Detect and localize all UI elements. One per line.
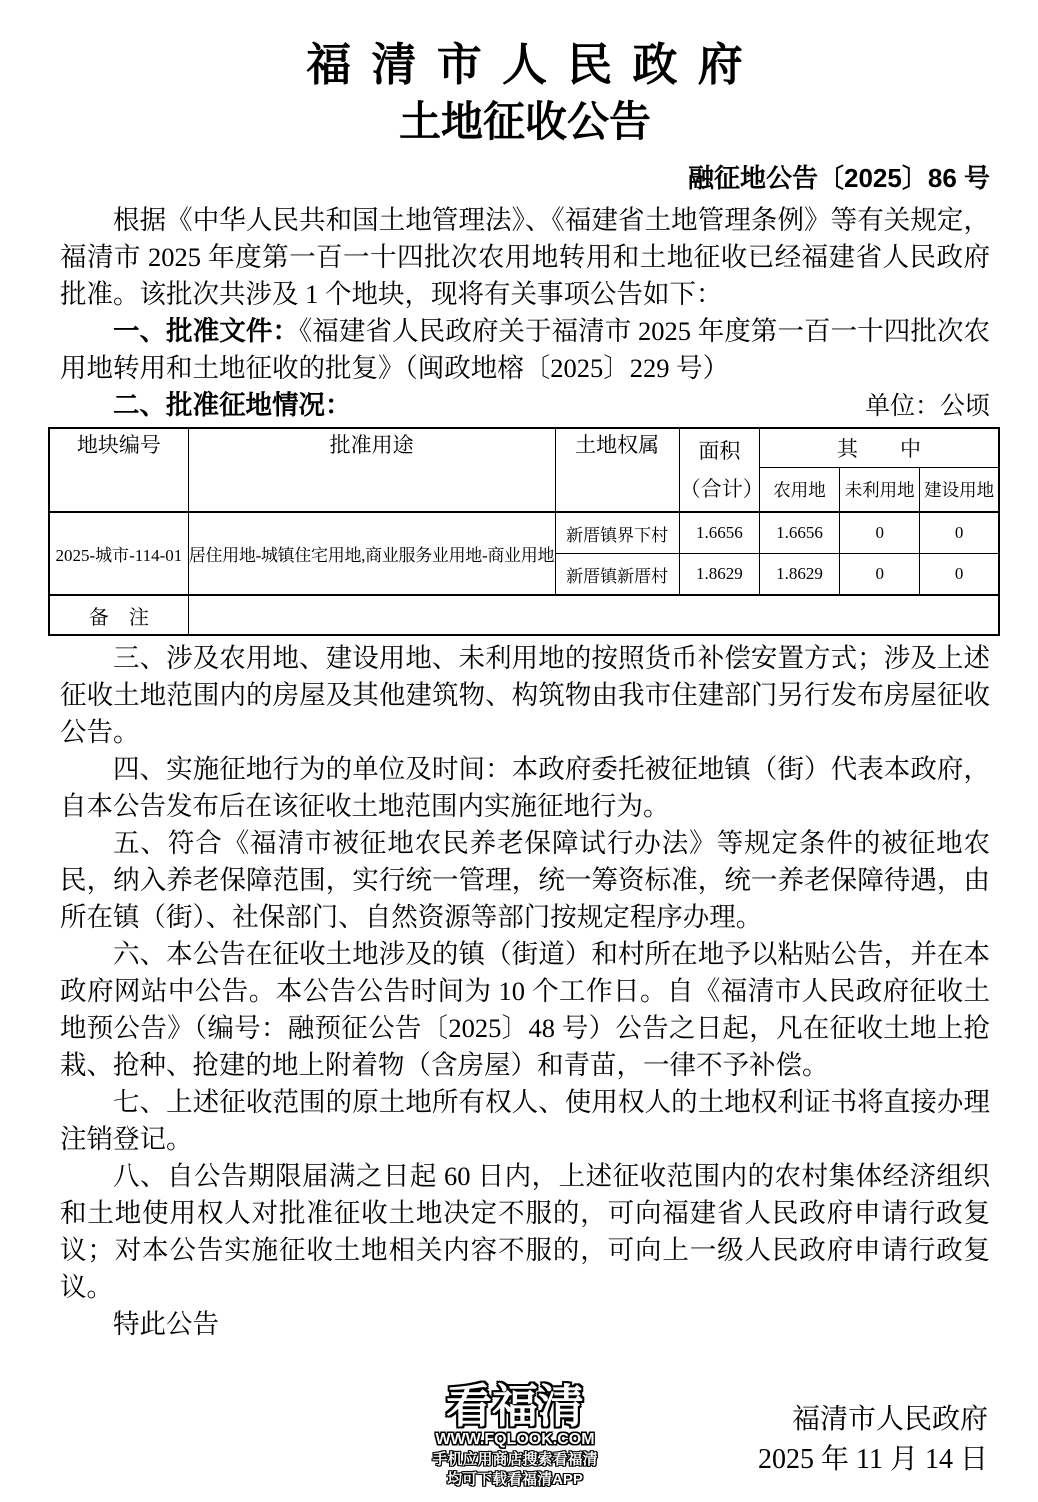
watermark-title: 看福清: [432, 1382, 598, 1430]
gov-title: 福 清 市 人 民 政 府: [60, 34, 990, 96]
remark-row: 备 注: [49, 595, 999, 635]
th-unused-land: 未利用地: [840, 468, 920, 513]
paragraph-3: 三、涉及农用地、建设用地、未利用地的按照货币补偿安置方式；涉及上述征收土地范围内…: [60, 640, 990, 751]
paragraph-6: 六、本公告在征收土地涉及的镇（街道）和村所在地予以粘贴公告，并在本政府网站中公告…: [60, 936, 990, 1084]
remark-label: 备 注: [49, 595, 188, 635]
paragraph-7: 七、上述征收范围的原土地所有权人、使用权人的土地权利证书将直接办理注销登记。: [60, 1084, 990, 1158]
th-among: 其 中: [759, 428, 999, 468]
cell-parcel-id: 2025-城市-114-01: [49, 512, 188, 595]
watermark-url: WWW.FQLOOK.COM: [432, 1431, 598, 1448]
paragraph-5: 五、符合《福清市被征地农民养老保障试行办法》等规定条件的被征地农民，纳入养老保障…: [60, 825, 990, 936]
watermark-subtitle-1: 手机应用商店搜索看福清: [432, 1452, 598, 1468]
th-agricultural-land: 农用地: [759, 468, 839, 513]
unit-label: 单位：公顷: [865, 388, 990, 425]
th-construction-land: 建设用地: [920, 468, 999, 513]
signature-block: 福清市人民政府 2025 年 11 月 14 日: [758, 1400, 988, 1480]
cell-village: 新厝镇新厝村: [555, 554, 679, 596]
cell-agricultural: 1.6656: [759, 512, 839, 554]
cell-agricultural: 1.8629: [759, 554, 839, 596]
section-2-row: 二、批准征地情况： 单位：公顷: [60, 387, 990, 425]
notice-title: 土地征收公告: [60, 96, 990, 150]
approved-land-table: 地块编号 批准用途 土地权属 面积（合计） 其 中 农用地 未利用地 建设用地 …: [48, 427, 1000, 636]
paragraph-8: 八、自公告期限届满之日起 60 日内，上述征收范围内的农村集体经济组织和土地使用…: [60, 1158, 990, 1306]
th-parcel-id: 地块编号: [49, 428, 188, 512]
paragraph-4: 四、实施征地行为的单位及时间：本政府委托被征地镇（街）代表本政府，自本公告发布后…: [60, 751, 990, 825]
section-2-label: 二、批准征地情况：: [113, 387, 352, 424]
cell-construction: 0: [920, 554, 999, 596]
signature-date: 2025 年 11 月 14 日: [758, 1440, 988, 1480]
signature-org: 福清市人民政府: [758, 1400, 988, 1440]
document-page: 福 清 市 人 民 政 府 土地征收公告 融征地公告〔2025〕86 号 根据《…: [0, 0, 1038, 1343]
cell-unused: 0: [840, 512, 920, 554]
cell-village: 新厝镇界下村: [555, 512, 679, 554]
th-area-line1: 面积: [680, 432, 759, 470]
th-area-total: 面积（合计）: [679, 428, 759, 512]
th-land-ownership: 土地权属: [555, 428, 679, 512]
remark-value: [188, 595, 999, 635]
table-row: 2025-城市-114-01 居住用地-城镇住宅用地,商业服务业用地-商业用地 …: [49, 512, 999, 554]
intro-paragraph: 根据《中华人民共和国土地管理法》、《福建省土地管理条例》等有关规定，福清市 20…: [60, 202, 990, 313]
th-area-line2: （合计）: [680, 470, 759, 508]
watermark-logo: 看福清 WWW.FQLOOK.COM 手机应用商店搜索看福清 均可下载看福清AP…: [432, 1382, 598, 1488]
closing-line: 特此公告: [60, 1306, 990, 1343]
watermark-subtitle-2: 均可下载看福清APP: [432, 1472, 598, 1488]
table-header-row-1: 地块编号 批准用途 土地权属 面积（合计） 其 中: [49, 428, 999, 468]
doc-number: 融征地公告〔2025〕86 号: [60, 162, 990, 194]
section-1-label: 一、批准文件：: [113, 316, 299, 346]
cell-area-total: 1.6656: [679, 512, 759, 554]
cell-construction: 0: [920, 512, 999, 554]
section-1-paragraph: 一、批准文件：《福建省人民政府关于福清市 2025 年度第一百一十四批次农用地转…: [60, 313, 990, 387]
cell-area-total: 1.8629: [679, 554, 759, 596]
cell-approved-use: 居住用地-城镇住宅用地,商业服务业用地-商业用地: [188, 512, 555, 595]
cell-unused: 0: [840, 554, 920, 596]
th-approved-use: 批准用途: [188, 428, 555, 512]
